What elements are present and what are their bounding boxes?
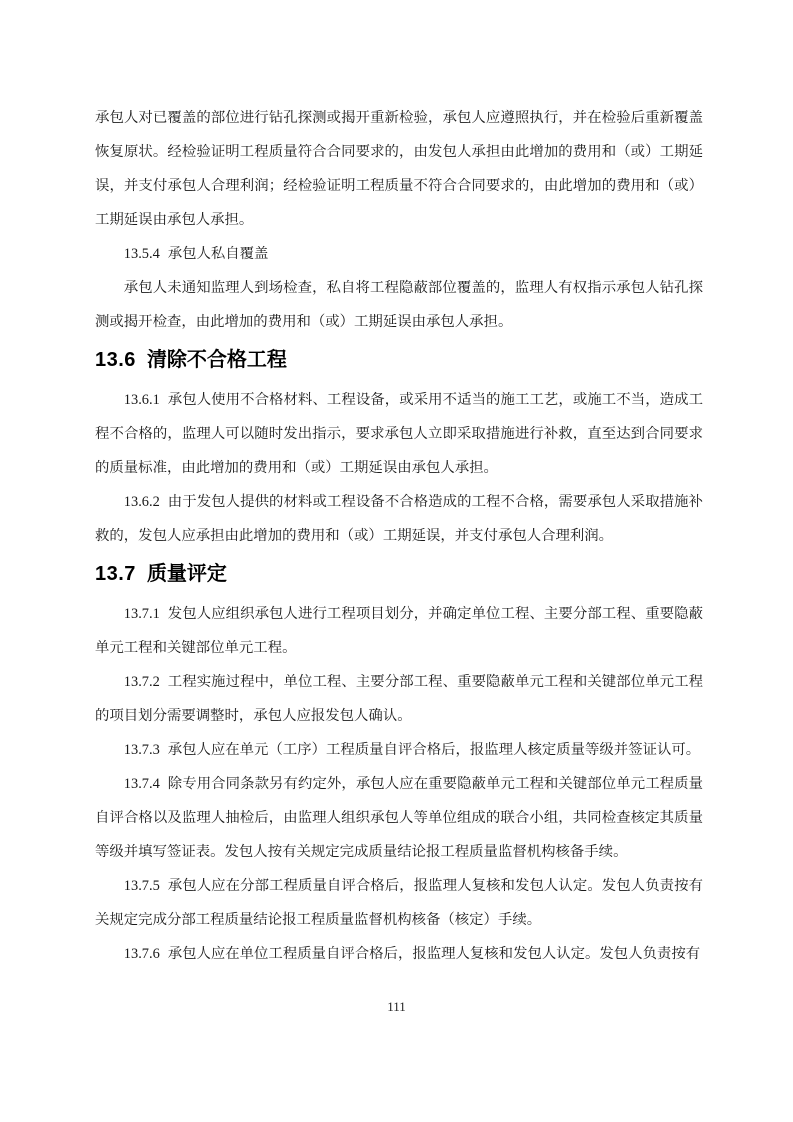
section-heading-13-6: 13.6清除不合格工程 <box>95 345 703 375</box>
clause-paragraph-13-6-1: 13.6.1承包人使用不合格材料、工程设备，或采用不适当的施工工艺，或施工不当，… <box>95 383 703 485</box>
document-page: 承包人对已覆盖的部位进行钻孔探测或揭开重新检验，承包人应遵照执行，并在检验后重新… <box>0 0 793 1122</box>
clause-text: 承包人应在分部工程质量自评合格后，报监理人复核和发包人认定。发包人负责按有关规定… <box>95 878 703 928</box>
subclause-title: 承包人私自覆盖 <box>168 246 269 262</box>
clause-paragraph-13-7-2: 13.7.2工程实施过程中，单位工程、主要分部工程、重要隐蔽单元工程和关键部位单… <box>95 665 703 733</box>
subclause-body-paragraph: 承包人未通知监理人到场检查，私自将工程隐蔽部位覆盖的，监理人有权指示承包人钻孔探… <box>95 271 703 339</box>
clause-paragraph-13-7-3: 13.7.3承包人应在单元（工序）工程质量自评合格后，报监理人核定质量等级并签证… <box>95 733 703 767</box>
section-number: 13.6 <box>95 349 136 371</box>
section-title: 质量评定 <box>147 563 227 585</box>
section-title: 清除不合格工程 <box>147 349 287 371</box>
clause-text: 承包人应在单元（工序）工程质量自评合格后，报监理人核定质量等级并签证认可。 <box>168 742 700 758</box>
clause-number: 13.7.5 <box>124 878 160 894</box>
clause-number: 13.6.1 <box>124 392 160 408</box>
clause-text: 工程实施过程中，单位工程、主要分部工程、重要隐蔽单元工程和关键部位单元工程的项目… <box>95 674 703 724</box>
clause-paragraph-13-7-6: 13.7.6承包人应在单位工程质量自评合格后，报监理人复核和发包人认定。发包人负… <box>95 937 703 971</box>
clause-text: 发包人应组织承包人进行工程项目划分，并确定单位工程、主要分部工程、重要隐蔽单元工… <box>95 606 703 656</box>
clause-text: 除专用合同条款另有约定外，承包人应在重要隐蔽单元工程和关键部位单元工程质量自评合… <box>95 776 703 860</box>
clause-text: 承包人使用不合格材料、工程设备，或采用不适当的施工工艺，或施工不当，造成工程不合… <box>95 392 703 476</box>
clause-paragraph-13-7-1: 13.7.1发包人应组织承包人进行工程项目划分，并确定单位工程、主要分部工程、重… <box>95 597 703 665</box>
clause-number: 13.6.2 <box>124 494 160 510</box>
section-number: 13.7 <box>95 563 136 585</box>
clause-paragraph-13-7-4: 13.7.4除专用合同条款另有约定外，承包人应在重要隐蔽单元工程和关键部位单元工… <box>95 767 703 869</box>
clause-text: 承包人应在单位工程质量自评合格后，报监理人复核和发包人认定。发包人负责按有 <box>168 946 700 962</box>
clause-paragraph-13-7-5: 13.7.5承包人应在分部工程质量自评合格后，报监理人复核和发包人认定。发包人负… <box>95 869 703 937</box>
clause-text: 由于发包人提供的材料或工程设备不合格造成的工程不合格，需要承包人采取措施补救的，… <box>95 494 703 544</box>
clause-number: 13.7.3 <box>124 742 160 758</box>
page-content: 承包人对已覆盖的部位进行钻孔探测或揭开重新检验，承包人应遵照执行，并在检验后重新… <box>95 101 703 971</box>
page-number: 111 <box>0 999 793 1015</box>
clause-number: 13.7.4 <box>124 776 160 792</box>
subclause-number: 13.5.4 <box>124 246 160 262</box>
clause-number: 13.7.1 <box>124 606 160 622</box>
clause-number: 13.7.2 <box>124 674 160 690</box>
clause-number: 13.7.6 <box>124 946 160 962</box>
continuation-paragraph: 承包人对已覆盖的部位进行钻孔探测或揭开重新检验，承包人应遵照执行，并在检验后重新… <box>95 101 703 237</box>
section-heading-13-7: 13.7质量评定 <box>95 559 703 589</box>
clause-paragraph-13-6-2: 13.6.2由于发包人提供的材料或工程设备不合格造成的工程不合格，需要承包人采取… <box>95 485 703 553</box>
subclause-heading-13-5-4: 13.5.4承包人私自覆盖 <box>95 237 703 271</box>
